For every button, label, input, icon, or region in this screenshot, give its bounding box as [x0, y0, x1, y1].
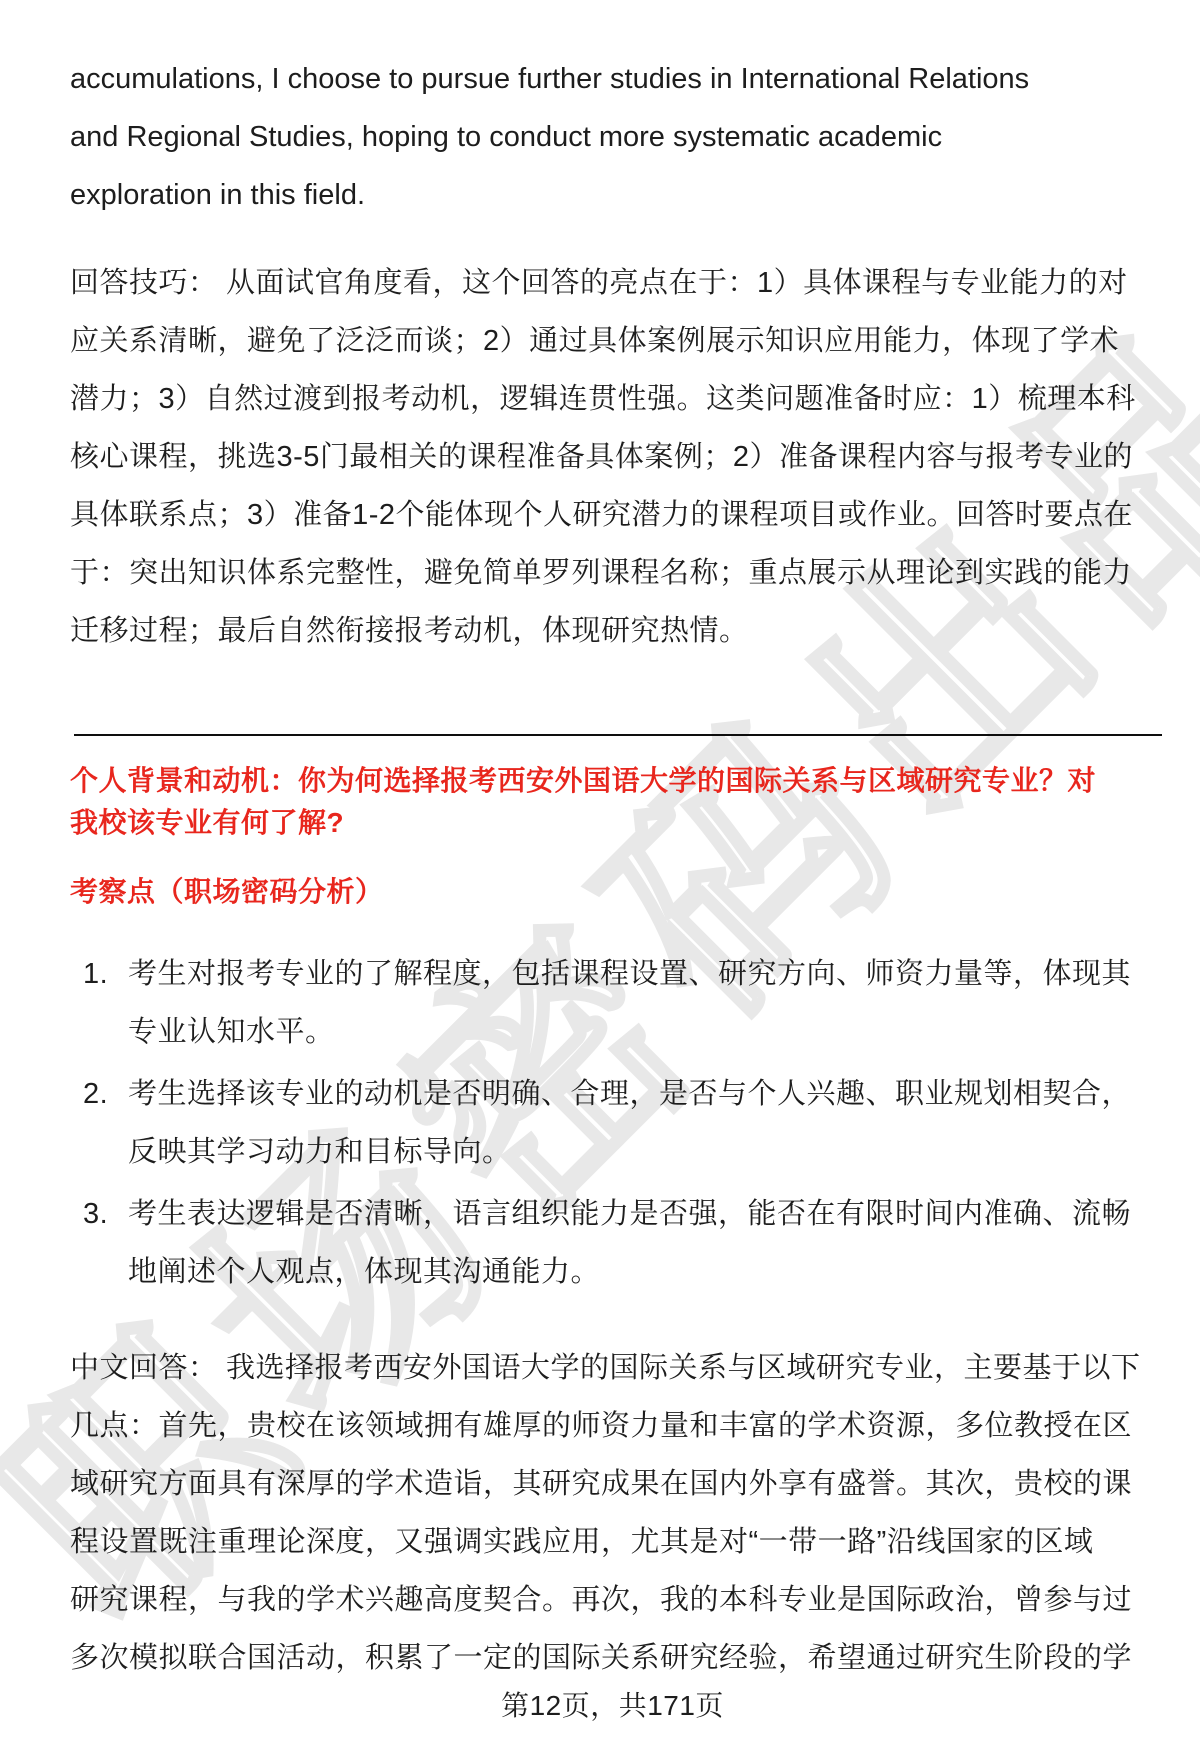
text-line: 考生表达逻辑是否清晰，语言组织能力是否强，能否在有限时间内准确、流畅 — [128, 1185, 1155, 1243]
text-line: 应关系清晰，避免了泛泛而谈；2）通过具体案例展示知识应用能力，体现了学术 — [70, 312, 1155, 370]
text-line: exploration in this field. — [70, 166, 1155, 224]
list-item-number: 1. — [83, 945, 108, 1003]
list-item: 1. 考生对报考专业的了解程度，包括课程设置、研究方向、师资力量等，体现其 专业… — [128, 945, 1155, 1061]
text-line: 域研究方面具有深厚的学术造诣，其研究成果在国内外享有盛誉。其次，贵校的课 — [70, 1455, 1155, 1513]
text-line: 研究课程，与我的学术兴趣高度契合。再次，我的本科专业是国际政治，曾参与过 — [70, 1571, 1155, 1629]
exam-points-list: 1. 考生对报考专业的了解程度，包括课程设置、研究方向、师资力量等，体现其 专业… — [70, 945, 1155, 1301]
text-line: and Regional Studies, hoping to conduct … — [70, 108, 1155, 166]
question-heading: 个人背景和动机：你为何选择报考西安外国语大学的国际关系与区域研究专业？对 我校该… — [70, 760, 1155, 844]
text-line: 具体联系点；3）准备1-2个能体现个人研究潜力的课程项目或作业。回答时要点在 — [70, 486, 1155, 544]
text-line: 专业认知水平。 — [128, 1003, 1155, 1061]
text-line: 多次模拟联合国活动，积累了一定的国际关系研究经验，希望通过研究生阶段的学 — [70, 1629, 1155, 1687]
text-line: 几点：首先，贵校在该领域拥有雄厚的师资力量和丰富的学术资源，多位教授在区 — [70, 1397, 1155, 1455]
text-line: 我校该专业有何了解? — [70, 802, 1155, 844]
intro-paragraph-english: accumulations, I choose to pursue furthe… — [70, 50, 1155, 224]
document-page: 职场密码出品 accumulations, I choose to pursue… — [0, 0, 1200, 1755]
text-line: 地阐述个人观点，体现其沟通能力。 — [128, 1243, 1155, 1301]
list-item-number: 2. — [83, 1065, 108, 1123]
text-line: 程设置既注重理论深度，又强调实践应用，尤其是对“一带一路”沿线国家的区域 — [70, 1513, 1155, 1571]
page-content: accumulations, I choose to pursue furthe… — [0, 0, 1200, 1723]
text-line: 回答技巧： 从面试官角度看，这个回答的亮点在于：1）具体课程与专业能力的对 — [70, 254, 1155, 312]
text-line: 考生选择该专业的动机是否明确、合理，是否与个人兴趣、职业规划相契合， — [128, 1065, 1155, 1123]
list-item: 2. 考生选择该专业的动机是否明确、合理，是否与个人兴趣、职业规划相契合， 反映… — [128, 1065, 1155, 1181]
section-divider — [74, 734, 1162, 736]
text-line: 反映其学习动力和目标导向。 — [128, 1123, 1155, 1181]
text-line: 于：突出知识体系完整性，避免简单罗列课程名称；重点展示从理论到实践的能力 — [70, 544, 1155, 602]
text-line: accumulations, I choose to pursue furthe… — [70, 50, 1155, 108]
text-line: 中文回答： 我选择报考西安外国语大学的国际关系与区域研究专业，主要基于以下 — [70, 1339, 1155, 1397]
text-line: 考生对报考专业的了解程度，包括课程设置、研究方向、师资力量等，体现其 — [128, 945, 1155, 1003]
text-line: 核心课程，挑选3-5门最相关的课程准备具体案例；2）准备课程内容与报考专业的 — [70, 428, 1155, 486]
chinese-answer-paragraph: 中文回答： 我选择报考西安外国语大学的国际关系与区域研究专业，主要基于以下 几点… — [70, 1339, 1155, 1687]
list-item: 3. 考生表达逻辑是否清晰，语言组织能力是否强，能否在有限时间内准确、流畅 地阐… — [128, 1185, 1155, 1301]
text-line: 个人背景和动机：你为何选择报考西安外国语大学的国际关系与区域研究专业？对 — [70, 760, 1155, 802]
text-line: 潜力；3）自然过渡到报考动机，逻辑连贯性强。这类问题准备时应：1）梳理本科 — [70, 370, 1155, 428]
list-item-number: 3. — [83, 1185, 108, 1243]
text-line: 迁移过程；最后自然衔接报考动机，体现研究热情。 — [70, 602, 1155, 660]
exam-points-heading: 考察点（职场密码分析） — [70, 871, 1155, 913]
answer-tips-paragraph: 回答技巧： 从面试官角度看，这个回答的亮点在于：1）具体课程与专业能力的对 应关… — [70, 254, 1155, 660]
page-footer: 第12页，共171页 — [70, 1689, 1155, 1723]
